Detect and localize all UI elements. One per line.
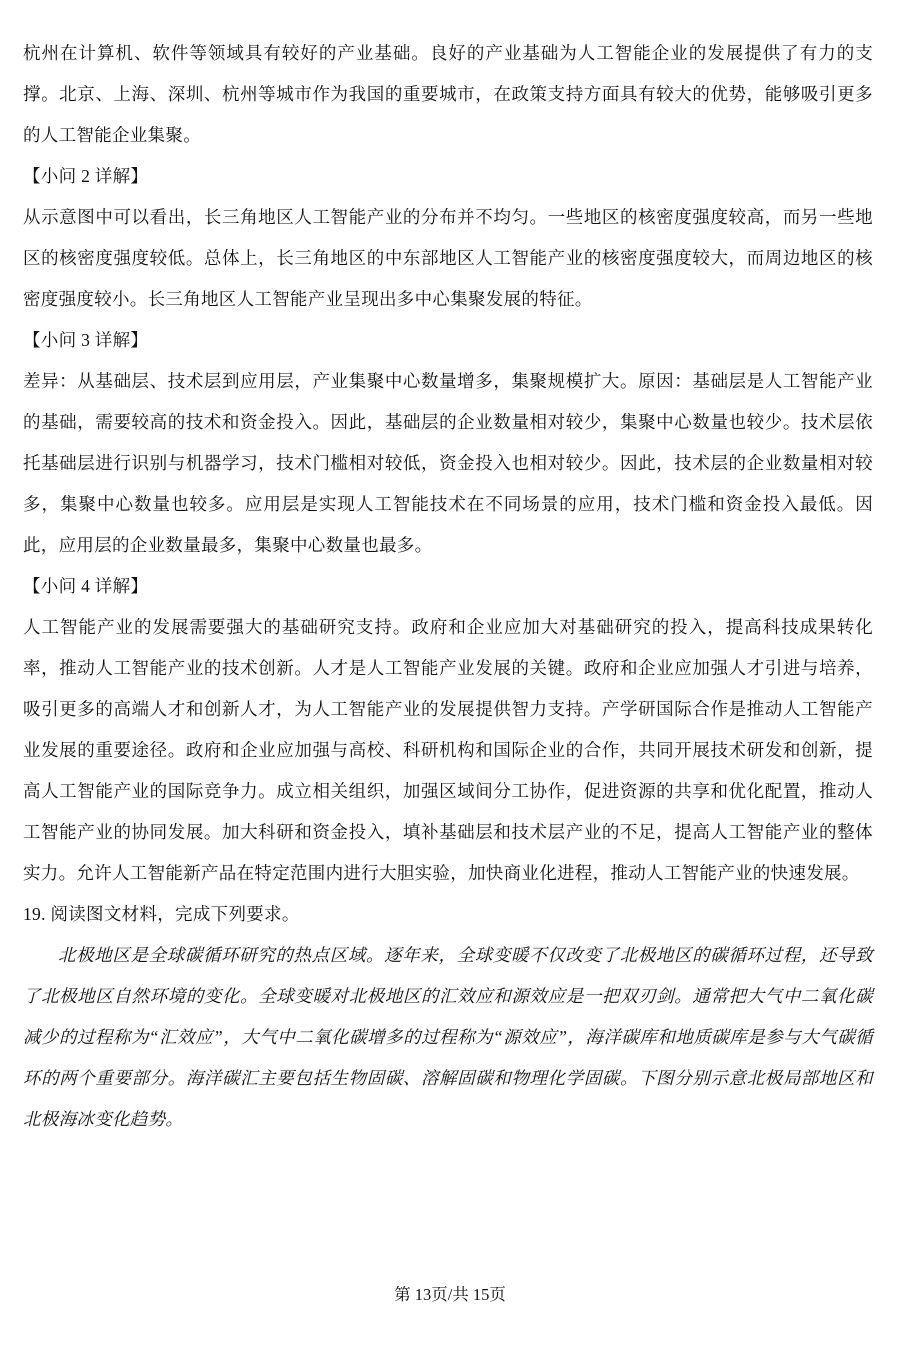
document-page: 杭州在计算机、软件等领域具有较好的产业基础。良好的产业基础为人工智能企业的发展提… <box>0 0 900 1345</box>
answer-sub-question-4-paragraph: 人工智能产业的发展需要强大的基础研究支持。政府和企业应加大对基础研究的投入，提高… <box>23 607 873 894</box>
page-number-footer: 第 13页/共 15页 <box>0 1285 900 1305</box>
heading-sub-question-3: 【小问 3 详解】 <box>23 320 873 361</box>
question-19-material-paragraph: 北极地区是全球碳循环研究的热点区域。逐年来，全球变暖不仅改变了北极地区的碳循环过… <box>23 935 873 1140</box>
heading-sub-question-2: 【小问 2 详解】 <box>23 156 873 197</box>
answer-sub1-continuation-paragraph: 杭州在计算机、软件等领域具有较好的产业基础。良好的产业基础为人工智能企业的发展提… <box>23 33 873 156</box>
answer-sub-question-2-paragraph: 从示意图中可以看出，长三角地区人工智能产业的分布并不均匀。一些地区的核密度强度较… <box>23 197 873 320</box>
question-19-prompt: 19. 阅读图文材料，完成下列要求。 <box>23 894 873 935</box>
heading-sub-question-4: 【小问 4 详解】 <box>23 566 873 607</box>
answer-sub-question-3-paragraph: 差异：从基础层、技术层到应用层，产业集聚中心数量增多，集聚规模扩大。原因：基础层… <box>23 361 873 566</box>
